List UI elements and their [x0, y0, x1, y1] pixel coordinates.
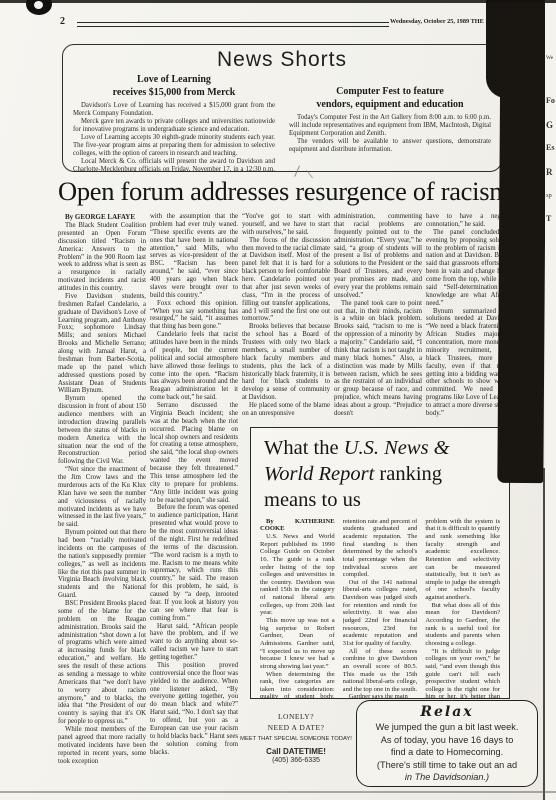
usnews-column-2: retention rate and percent of students g…	[343, 518, 418, 699]
edge-fragment: R	[546, 167, 553, 177]
paragraph: Local Merck & Co. officials will present…	[73, 158, 275, 172]
paragraph: U.S. News and World Report published its…	[260, 533, 335, 617]
paragraph: Merck gave ten awards to private college…	[73, 118, 275, 134]
paragraph: “You've got to start with yourself, and …	[242, 213, 330, 237]
relax-ad-line: We jumped the gun a bit last week.	[357, 721, 537, 734]
paragraph: Love of Learning accepts 30 eighth-grade…	[73, 134, 275, 158]
news-shorts-title: News Shorts	[63, 48, 501, 72]
news-shorts-box: News Shorts Love of Learning receives $1…	[62, 44, 502, 172]
paragraph: The focus of the discussion then moved t…	[242, 237, 330, 324]
usnews-box: What the U.S. News & World Report rankin…	[250, 427, 510, 699]
paragraph: “It is difficult to judge colleges on yo…	[425, 648, 500, 699]
relax-ad-line: (There's still time to take out an ad	[357, 759, 537, 772]
item-heading-line: Love of Learning	[73, 74, 275, 87]
usnews-column-3: problem with the system is that it is di…	[425, 518, 500, 699]
usnews-title: What the U.S. News & World Report rankin…	[264, 435, 499, 514]
page-number: 2	[60, 16, 65, 27]
paragraph: BSC President Brooks placed some of the …	[58, 600, 146, 726]
news-short-love-of-learning: Love of Learning receives $15,000 from M…	[73, 73, 275, 172]
article-byline: By GEORGE LAFAYE	[58, 213, 146, 221]
paragraph: Out of the 141 national liberal-arts col…	[343, 579, 418, 648]
paragraph: retention rate and percent of students g…	[343, 518, 418, 579]
hole-punch-mark	[26, 0, 52, 15]
classified-line: NEED A DATE?	[236, 723, 356, 732]
classified-phone: (405) 366-6335	[236, 757, 356, 764]
classified-line: Call DATETIME!	[236, 747, 356, 756]
edge-fragment: Fo	[546, 96, 555, 105]
usnews-title-pre: What the	[264, 437, 344, 459]
paragraph: While most members of the panel agreed t…	[58, 726, 146, 765]
paragraph: Bynum pointed out that there had been “r…	[58, 529, 146, 600]
scan-bottom-edge	[0, 791, 556, 793]
paragraph: Bynum opened the discussion in front of …	[58, 395, 146, 466]
usnews-column-1: By KATHERINE COOKE U.S. News and World R…	[260, 518, 335, 699]
paragraph: Davidson's Love of Learning has received…	[73, 102, 275, 118]
relax-ad-line: As of today, you have 16 days to	[357, 734, 537, 747]
relax-ad-title: Relax	[357, 704, 537, 720]
paragraph: Foxx echoed this opinion. “When you say …	[150, 300, 238, 332]
relax-ad-line: find a date to Homecoming.	[357, 746, 537, 759]
paragraph: When determining the rank, five categori…	[260, 671, 335, 699]
paragraph: Serrano discussed the Virginia Beach inc…	[150, 402, 238, 504]
usnews-columns: By KATHERINE COOKE U.S. News and World R…	[251, 518, 509, 699]
paragraph: This move up was not a big surprise to R…	[260, 617, 335, 670]
paragraph: This position proved controversial once …	[150, 662, 238, 757]
classified-ad: LONELY? NEED A DATE? MEET THAT SPECIAL S…	[236, 712, 356, 764]
item-heading-line: Computer Fest to feature	[289, 86, 491, 99]
paragraph: Candelario feels that racist attitudes h…	[150, 331, 238, 402]
paragraph: The Black Student Coalition presented an…	[58, 222, 146, 293]
edge-fragment: G	[546, 120, 553, 130]
news-shorts-columns: Love of Learning receives $15,000 from M…	[63, 73, 501, 172]
article-column-1: By GEORGE LAFAYE The Black Student Coali…	[58, 213, 146, 788]
relax-ad-line: in The Davidsonian.)	[357, 771, 537, 784]
paragraph: problem with the system is that it is di…	[425, 518, 500, 602]
article-column-3: “You've got to start with yourself, and …	[242, 213, 330, 425]
article-column-2: with the assumption that the problem had…	[150, 213, 238, 788]
paragraph: The vendors will be available to answer …	[289, 138, 491, 154]
adjacent-page-sliver: We Fo G Es R sp T	[545, 0, 556, 800]
paragraph: The panel took care to point out that, i…	[334, 300, 422, 418]
item-heading: Computer Fest to feature vendors, equipm…	[289, 86, 491, 111]
paragraph: Today's Computer Fest in the Art Gallery…	[289, 114, 491, 138]
paragraph: with the assumption that the problem had…	[150, 213, 238, 300]
edge-fragment: sp	[546, 192, 552, 199]
header-double-rule	[77, 22, 389, 27]
item-heading-line: vendors, equipment and education	[289, 99, 491, 112]
item-heading: Love of Learning receives $15,000 from M…	[73, 74, 275, 99]
paragraph: Gardner says the main	[343, 693, 418, 699]
article-column-4: administration, commenting that racial p…	[334, 213, 422, 425]
scan-gutter-strip	[497, 0, 546, 483]
main-headline: Open forum addresses resurgence of racis…	[58, 176, 512, 207]
paragraph: administration, commenting that racial p…	[334, 213, 422, 300]
classified-line: MEET THAT SPECIAL SOMEONE TODAY!	[236, 736, 356, 742]
edge-fragment: T	[546, 214, 551, 223]
paragraph: “Not since the enactment of the Jim Crow…	[58, 466, 146, 529]
item-heading-line: receives $15,000 from Merck	[73, 87, 275, 100]
paragraph: Harut said, “African people have the pro…	[150, 623, 238, 662]
paragraph: Brooks believes that because the school …	[242, 323, 330, 402]
paragraph: Before the forum was opened to audience …	[150, 504, 238, 622]
scan-top-edge	[0, 0, 556, 3]
paragraph: But what does all of this mean for David…	[425, 602, 500, 648]
relax-ad-box: Relax We jumped the gun a bit last week.…	[356, 700, 538, 787]
paragraph: He placed some of the blame on an unresp…	[242, 402, 330, 418]
news-short-computer-fest: Computer Fest to feature vendors, equipm…	[289, 73, 491, 172]
paragraph: All of these scores combine to give Davi…	[343, 648, 418, 694]
paragraph: Five Davidson students, freshmen Rafael …	[58, 293, 146, 395]
hole-punch-center	[34, 1, 43, 9]
edge-fragment: We	[546, 55, 553, 61]
newspaper-page: 2 Wednesday, October 25, 1989 THE DAVIDS…	[0, 0, 556, 800]
classified-line: LONELY?	[236, 712, 356, 721]
usnews-byline: By KATHERINE COOKE	[260, 518, 335, 533]
edge-fragment: Es	[546, 143, 554, 152]
